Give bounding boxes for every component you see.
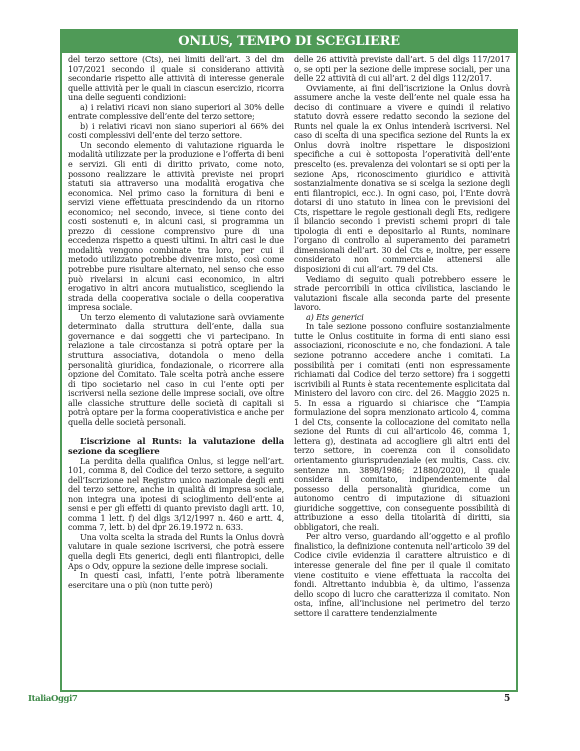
paragraph: In questi casi, infatti, l’ente potrà li… xyxy=(68,571,284,590)
paragraph: Vediamo di seguito quali potrebbero esse… xyxy=(294,275,510,313)
paragraph: Una volta scelta la strada del Runts la … xyxy=(68,533,284,571)
publication-logo: ItaliaOggi7 xyxy=(28,694,77,704)
paragraph-condition-b: b) i relativi ricavi non siano superiori… xyxy=(68,122,284,141)
paragraph-condition-a: a) i relativi ricavi non siano superiori… xyxy=(68,103,284,122)
paragraph: Un secondo elemento di valutazione rigua… xyxy=(68,141,284,313)
paragraph: La perdita della qualifica Onlus, si leg… xyxy=(68,457,284,533)
left-column: del terzo settore (Cts), nei limiti dell… xyxy=(68,55,284,688)
right-column: delle 26 attività previste dall’art. 5 d… xyxy=(294,55,510,688)
article-title: ONLUS, TEMPO DI SCEGLIERE xyxy=(62,31,516,53)
paragraph: Un terzo elemento di valutazione sarà ov… xyxy=(68,313,284,428)
paragraph: In tale sezione possono confluire sostan… xyxy=(294,322,510,532)
paragraph: delle 26 attività previste dall’art. 5 d… xyxy=(294,55,510,84)
paragraph: del terzo settore (Cts), nei limiti dell… xyxy=(68,55,284,103)
section-heading: L’iscrizione al Runts: la valutazione de… xyxy=(68,437,284,456)
page-number: 5 xyxy=(504,694,510,704)
paragraph: Per altro verso, guardando all’oggetto e… xyxy=(294,532,510,618)
article-body: del terzo settore (Cts), nei limiti dell… xyxy=(68,55,510,688)
paragraph: Ovviamente, ai fini dell’iscrizione la O… xyxy=(294,84,510,275)
article-frame: ONLUS, TEMPO DI SCEGLIERE del terzo sett… xyxy=(60,29,518,692)
